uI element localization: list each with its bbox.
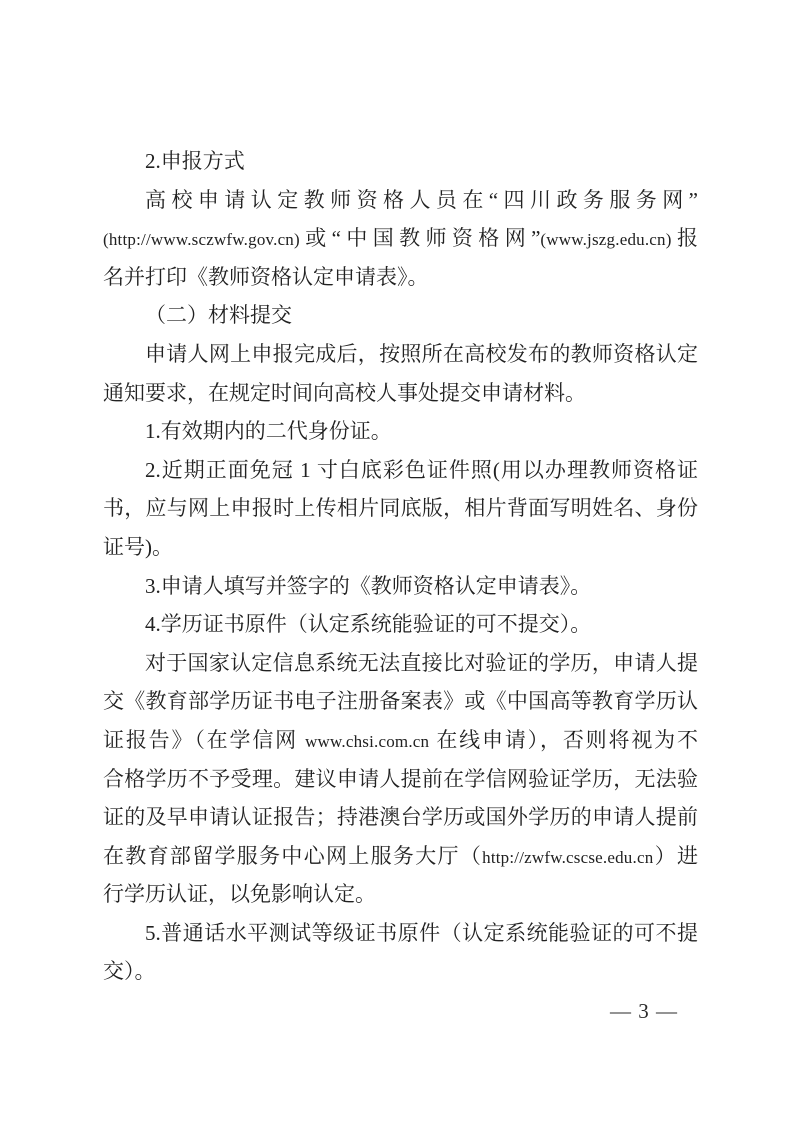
text-line: 交）。 [103,952,698,991]
text-line: 行学历认证，以免影响认定。 [103,875,698,914]
text-line: 1.有效期内的二代身份证。 [103,412,698,451]
text-line: 2.近期正面免冠 1 寸白底彩色证件照(用以办理教师资格证 [103,451,698,490]
text-segment: 报 [672,226,698,250]
text-segment: 在线申请），否则将视为不 [429,728,698,752]
text-line: 高校申请认定教师资格人员在“四川政务服务网” [103,181,698,220]
text-line: 对于国家认定信息系统无法直接比对验证的学历，申请人提 [103,644,698,683]
text-line: 申请人网上申报完成后，按照所在高校发布的教师资格认定 [103,335,698,374]
text-segment: ）进 [653,844,698,868]
text-line: 名并打印《教师资格认定申请表》。 [103,258,698,297]
text-line: 在教育部留学服务中心网上服务大厅（http://zwfw.cscse.edu.c… [103,837,698,876]
text-line: 通知要求，在规定时间向高校人事处提交申请材料。 [103,374,698,413]
document-body: 2.申报方式高校申请认定教师资格人员在“四川政务服务网”(http://www.… [103,142,698,991]
url-text: www.chsi.com.cn [305,732,429,751]
text-line: 交《教育部学历证书电子注册备案表》或《中国高等教育学历认 [103,682,698,721]
url-text: (www.jszg.edu.cn) [540,230,671,249]
text-line: 3.申请人填写并签字的《教师资格认定申请表》。 [103,567,698,606]
url-text: (http://www.sczwfw.gov.cn) [103,230,300,249]
text-line: 合格学历不予受理。建议申请人提前在学信网验证学历，无法验 [103,760,698,799]
text-line: (http://www.sczwfw.gov.cn)或“中国教师资格网”(www… [103,219,698,258]
text-line: 证报告》（在学信网 www.chsi.com.cn 在线申请），否则将视为不 [103,721,698,760]
text-segment: 在教育部留学服务中心网上服务大厅（ [103,844,482,868]
text-line: 书，应与网上申报时上传相片同底版，相片背面写明姓名、身份 [103,489,698,528]
text-line: （二）材料提交 [103,296,698,335]
url-text: http://zwfw.cscse.edu.cn [482,848,653,867]
text-line: 2.申报方式 [103,142,698,181]
text-line: 证号)。 [103,528,698,567]
document-page: 2.申报方式高校申请认定教师资格人员在“四川政务服务网”(http://www.… [0,0,793,1122]
text-line: 5.普通话水平测试等级证书原件（认定系统能验证的可不提 [103,914,698,953]
text-line: 4.学历证书原件（认定系统能验证的可不提交）。 [103,605,698,644]
text-segment: 证报告》（在学信网 [103,728,305,752]
text-line: 证的及早申请认证报告；持港澳台学历或国外学历的申请人提前 [103,798,698,837]
text-segment: 或“中国教师资格网” [300,226,541,250]
page-number: — 3 — [610,998,678,1024]
